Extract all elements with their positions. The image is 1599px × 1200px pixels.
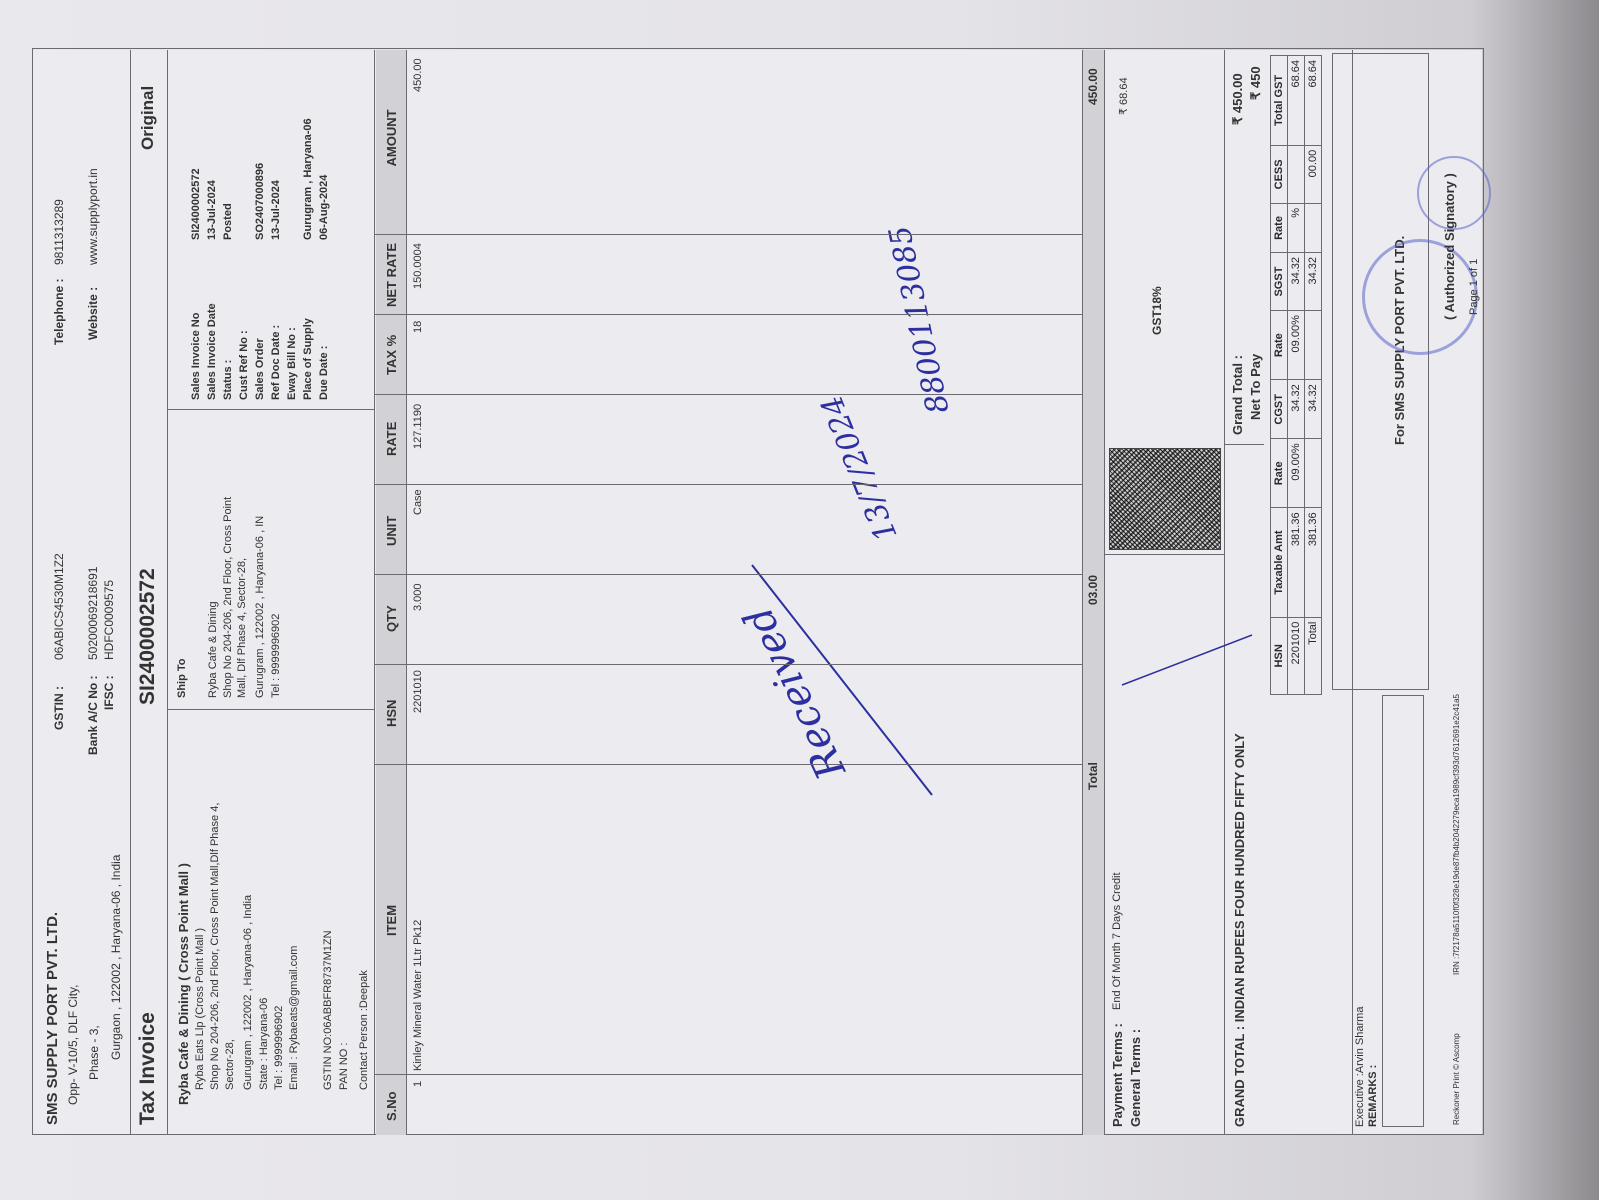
invoice-page: SMS SUPPLY PORT PVT. LTD. Opp- V-10/5, D… — [32, 50, 1482, 1135]
gst-cell: 68.64 — [1305, 56, 1322, 146]
bill-to-line: Tel : 9999996902 — [273, 1006, 285, 1090]
gst-row: 2201010381.3609.00%34.3209.00%34.32%68.6… — [1288, 56, 1305, 695]
gst-cell: 2201010 — [1288, 617, 1305, 694]
items-header-bg — [376, 50, 406, 1135]
bill-to-line: Gurugram , 122002 , Haryana-06 , India — [242, 895, 254, 1090]
total-qty: 03.00 — [1086, 575, 1100, 605]
footer-credit: Reckoner Print © Ascomp — [1452, 1033, 1461, 1125]
seller-name: SMS SUPPLY PORT PVT. LTD. — [44, 912, 61, 1125]
remarks-label: REMARKS : — [1367, 1065, 1379, 1127]
gst-cell — [1305, 311, 1322, 380]
bill-to-line: Sector-28, — [224, 1039, 236, 1090]
amount-in-words: GRAND TOTAL : INDIAN RUPEES FOUR HUNDRED… — [1232, 733, 1247, 1127]
gst-cell: 34.32 — [1305, 380, 1322, 439]
meta-value: 06-Aug-2024 — [318, 175, 330, 240]
seller-address-1: Opp- V-10/5, DLF City, — [66, 985, 80, 1106]
gst-column-header: Total GST — [1271, 56, 1288, 146]
divider — [374, 50, 375, 1135]
column-header: NET RATE — [384, 243, 399, 307]
item-cell: Kinley Mineral Water 1Ltr Pk12 — [412, 920, 424, 1071]
bill-to-name: Ryba Cafe & Dining ( Cross Point Mall ) — [176, 863, 191, 1105]
qr-code — [1109, 448, 1221, 550]
net-to-pay: ₹ 450 — [1248, 66, 1264, 100]
ship-to-heading: Ship To — [176, 658, 188, 698]
total-label: Total — [1086, 762, 1100, 790]
gst-cell: 34.32 — [1288, 252, 1305, 310]
divider — [406, 50, 407, 1135]
seller-gstin: 06ABICS4530M1Z2 — [52, 553, 66, 660]
divider — [1104, 554, 1224, 555]
seller-address-2: Phase - 3, — [87, 1025, 101, 1080]
invoice-frame: SMS SUPPLY PORT PVT. LTD. Opp- V-10/5, D… — [32, 50, 1482, 1135]
bill-to-line: Shop No 204-206, 2nd Floor, Cross Point … — [209, 803, 221, 1090]
document-title: Tax Invoice — [136, 1012, 160, 1125]
divider — [167, 409, 374, 410]
bill-to-email: Email : Rybaeats@gmail.com — [288, 946, 300, 1090]
meta-value: SO2407000896 — [254, 163, 266, 240]
grand-total-label: Grand Total : — [1230, 355, 1245, 435]
divider — [1224, 50, 1225, 1135]
ship-to-line: Shop No 204-206, 2nd Floor, Cross Point — [222, 497, 234, 698]
handwritten-strike-line — [732, 545, 992, 805]
meta-value: 13-Jul-2024 — [270, 180, 282, 240]
item-cell: Case — [412, 489, 424, 515]
copy-label: Original — [138, 86, 158, 150]
gst-column-header: Rate — [1271, 311, 1288, 380]
bank-ac-label: Bank A/C No : — [86, 675, 100, 755]
divider — [1104, 50, 1105, 1135]
ship-to-line: Gurugram , 122002 , Haryana-06 , IN — [254, 516, 266, 698]
ship-to-line: Mall, Dlf Phase 4, Sector-28, — [236, 558, 248, 698]
executive: Executive :Arvin Sharma — [1354, 1007, 1366, 1127]
divider — [1082, 50, 1083, 1135]
total-amount: 450.00 — [1086, 68, 1100, 105]
page-number: Page 1 of 1 — [1468, 259, 1480, 315]
payment-terms: End Of Month 7 Days Credit — [1111, 872, 1123, 1010]
meta-value: 13-Jul-2024 — [206, 180, 218, 240]
gst-cell: % — [1288, 203, 1305, 252]
column-header: AMOUNT — [384, 109, 399, 166]
item-cell: 127.1190 — [412, 404, 424, 449]
gst-cell: 34.32 — [1305, 252, 1322, 310]
gstin-label: GSTIN : — [52, 686, 66, 730]
general-terms-label: General Terms : — [1128, 1029, 1143, 1127]
payment-terms-label: Payment Terms : — [1110, 1023, 1125, 1127]
meta-value: Gurugram , Haryana-06 — [302, 118, 314, 240]
gst-row: Total381.3634.3234.3200.0068.64 — [1305, 56, 1322, 695]
divider — [374, 394, 1082, 395]
grand-total: ₹ 450.00 — [1230, 73, 1246, 125]
gst-column-header: CESS — [1271, 145, 1288, 203]
divider — [374, 1074, 1082, 1075]
column-header: UNIT — [384, 516, 399, 546]
column-header: RATE — [384, 422, 399, 456]
invoice-number: SI2400002572 — [136, 568, 160, 705]
divider — [1224, 444, 1264, 445]
website: www.supplyport.in — [86, 168, 100, 265]
gst-cell: 381.36 — [1288, 508, 1305, 617]
divider — [167, 50, 168, 1135]
bill-to-line: State : Haryana-06 — [258, 998, 270, 1090]
gst-column-header: HSN — [1271, 617, 1288, 694]
bank-ac: 50200069218691 — [86, 567, 100, 660]
divider — [374, 664, 1082, 665]
divider — [374, 764, 1082, 765]
telephone: 9811313289 — [52, 199, 66, 265]
item-cell: 2201010 — [412, 670, 424, 713]
meta-label: Place of Supply — [302, 318, 314, 400]
meta-value: Posted — [222, 203, 234, 240]
company-stamp — [1362, 239, 1478, 355]
column-header: HSN — [384, 700, 399, 727]
gst-cell — [1305, 203, 1322, 252]
gst-cell: 34.32 — [1288, 380, 1305, 439]
bill-to-gstin: GSTIN NO:06ABBFR8737M1ZN — [322, 930, 334, 1090]
item-cell: 450.00 — [412, 58, 424, 92]
tax-summary-amount: ₹ 68.64 — [1117, 77, 1130, 115]
seller-address-3: Gurgaon , 122002 , Haryana-06 , India — [109, 855, 123, 1060]
ifsc-label: IFSC : — [102, 675, 116, 710]
meta-label: Status : — [222, 360, 234, 400]
divider — [374, 234, 1082, 235]
item-cell: 18 — [412, 321, 424, 333]
gst-column-header: CGST — [1271, 380, 1288, 439]
meta-label: Sales Order — [254, 338, 266, 400]
meta-label: Cust Ref No : — [238, 330, 250, 400]
net-to-pay-label: Net To Pay — [1248, 354, 1263, 420]
gst-cell — [1305, 439, 1322, 508]
column-header: QTY — [384, 605, 399, 632]
gst-cell: 00.00 — [1305, 145, 1322, 203]
ifsc: HDFC0009575 — [102, 580, 116, 660]
divider — [167, 709, 374, 710]
ship-to-line: Tel : 9999996902 — [270, 614, 282, 698]
irn: IRN :7f2178a5110f0f328e19de87fb4b2042279… — [1452, 694, 1461, 975]
meta-label: Sales Invoice Date — [206, 303, 218, 400]
meta-value: SI2400002572 — [190, 168, 202, 240]
gst-column-header: Rate — [1271, 439, 1288, 508]
gst-cell: 09.00% — [1288, 439, 1305, 508]
authorized-signatory: ( Authorized Signatory ) — [1442, 173, 1457, 320]
gst-column-header: Rate — [1271, 203, 1288, 252]
column-header: ITEM — [384, 905, 399, 936]
gst-cell: 381.36 — [1305, 508, 1322, 617]
signature-box — [1332, 53, 1429, 690]
remarks-box — [1382, 695, 1424, 1127]
gst-breakdown-table: HSNTaxable AmtRateCGSTRateSGSTRateCESSTo… — [1270, 55, 1322, 695]
meta-label: Eway Bill No : — [286, 327, 298, 400]
divider — [374, 314, 1082, 315]
divider — [374, 484, 1082, 485]
divider — [374, 574, 1082, 575]
ship-to-line: Ryba Cafe & Dining — [207, 601, 219, 698]
column-header: TAX % — [384, 335, 399, 375]
website-label: Website : — [86, 287, 100, 340]
bill-to-line: Ryba Eats Llp (Cross Point Mall ) — [194, 928, 206, 1090]
bill-to-contact: Contact Person :Deepak — [358, 970, 370, 1090]
item-cell: 1 — [412, 1081, 424, 1087]
telephone-label: Telephone : — [52, 279, 66, 345]
divider — [130, 50, 131, 1135]
gst-column-header: Taxable Amt — [1271, 508, 1288, 617]
meta-label: Due Date : — [318, 346, 330, 400]
item-cell: 3.000 — [412, 583, 424, 611]
bill-to-pan: PAN NO : — [338, 1043, 350, 1090]
tax-summary-label: GST18% — [1150, 286, 1164, 335]
meta-label: Sales Invoice No — [190, 313, 202, 400]
column-header: S.No — [384, 1091, 399, 1121]
item-cell: 150.0004 — [412, 243, 424, 289]
gst-cell: 68.64 — [1288, 56, 1305, 146]
gst-cell: Total — [1305, 617, 1322, 694]
meta-label: Ref Doc Date : — [270, 325, 282, 400]
gst-cell — [1288, 145, 1305, 203]
gst-column-header: SGST — [1271, 252, 1288, 310]
gst-cell: 09.00% — [1288, 311, 1305, 380]
